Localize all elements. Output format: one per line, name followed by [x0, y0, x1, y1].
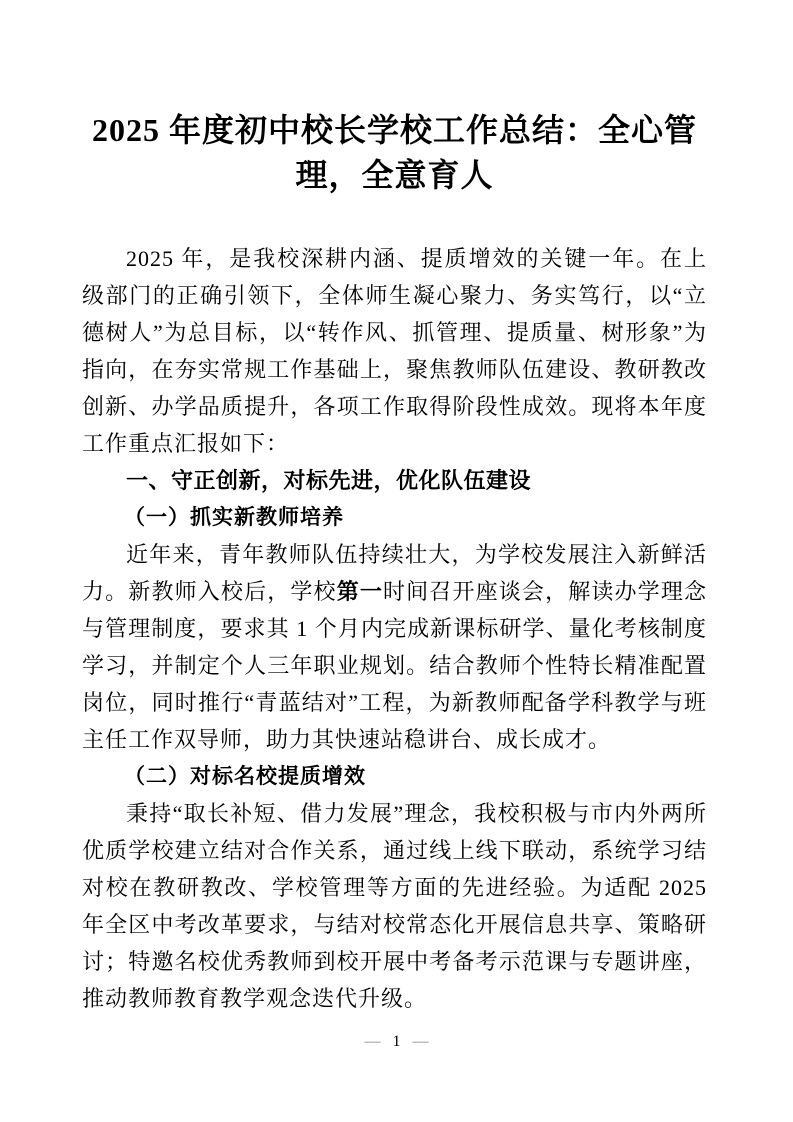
- paragraph-text-post: 时间召开座谈会，解读办学理念与管理制度，要求其 1 个月内完成新课标研学、量化考…: [82, 579, 707, 752]
- footer-dash-right: —: [413, 1033, 429, 1050]
- title-line-2: 理，全意育人: [82, 153, 707, 198]
- subsection-2-paragraph: 秉持“取长补短、借力发展”理念，我校积极与市内外两所优质学校建立结对合作关系，通…: [82, 795, 707, 1017]
- paragraph-bold-phrase: 第一: [337, 579, 383, 604]
- subsection-1-paragraph: 近年来，青年教师队伍持续壮大，为学校发展注入新鲜活力。新教师入校后，学校第一时间…: [82, 536, 707, 758]
- document-title: 2025 年度初中校长学校工作总结：全心管 理，全意育人: [82, 108, 707, 198]
- intro-paragraph: 2025 年，是我校深耕内涵、提质增效的关键一年。在上级部门的正确引领下，全体师…: [82, 240, 707, 462]
- footer-dash-left: —: [365, 1033, 381, 1050]
- section-1-heading: 一、守正创新，对标先进，优化队伍建设: [82, 462, 707, 499]
- document-page: 2025 年度初中校长学校工作总结：全心管 理，全意育人 2025 年，是我校深…: [0, 0, 793, 1122]
- subsection-2-heading: （二）对标名校提质增效: [82, 758, 707, 795]
- page-number: 1: [393, 1033, 401, 1050]
- title-line-1: 2025 年度初中校长学校工作总结：全心管: [82, 108, 707, 153]
- subsection-1-heading: （一）抓实新教师培养: [82, 499, 707, 536]
- page-footer: —1—: [0, 1032, 793, 1052]
